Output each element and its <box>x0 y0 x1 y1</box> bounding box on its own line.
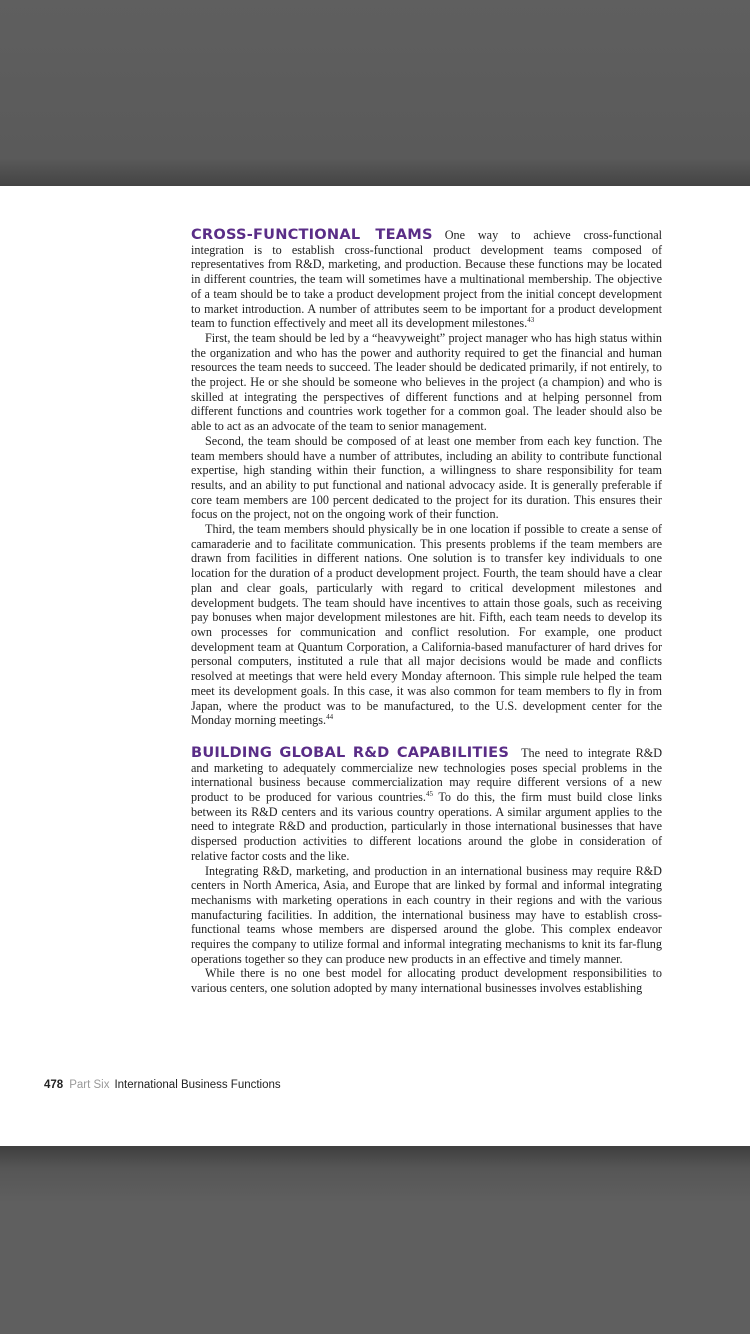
paragraph: Second, the team should be composed of a… <box>191 434 662 522</box>
section-heading: CROSS-FUNCTIONAL TEAMS <box>191 226 433 243</box>
paragraph: Third, the team members should physicall… <box>191 522 662 728</box>
paragraph: While there is no one best model for all… <box>191 966 662 995</box>
paragraph-text: One way to achieve cross-functional inte… <box>191 228 662 330</box>
paragraph: First, the team should be led by a “heav… <box>191 331 662 434</box>
viewer-background-top <box>0 0 750 186</box>
part-title: International Business Functions <box>114 1079 280 1091</box>
section-cross-functional-teams: CROSS-FUNCTIONAL TEAMSOne way to achieve… <box>191 228 662 728</box>
viewer-background-bottom <box>0 1146 750 1334</box>
section-building-global-rd: BUILDING GLOBAL R&D CAPABILITIESThe need… <box>191 746 662 996</box>
section-heading: BUILDING GLOBAL R&D CAPABILITIES <box>191 744 509 761</box>
footnote-ref[interactable]: 44 <box>326 713 333 721</box>
page-number: 478 <box>44 1079 63 1091</box>
page-footer: 478Part SixInternational Business Functi… <box>44 1079 281 1091</box>
footnote-ref[interactable]: 43 <box>527 316 534 324</box>
paragraph: Integrating R&D, marketing, and producti… <box>191 864 662 967</box>
part-label: Part Six <box>69 1079 109 1091</box>
book-page[interactable]: CROSS-FUNCTIONAL TEAMSOne way to achieve… <box>0 186 750 1146</box>
footnote-ref[interactable]: 45 <box>426 790 433 798</box>
paragraph: BUILDING GLOBAL R&D CAPABILITIESThe need… <box>191 746 662 864</box>
page-content: CROSS-FUNCTIONAL TEAMSOne way to achieve… <box>191 228 662 996</box>
paragraph: CROSS-FUNCTIONAL TEAMSOne way to achieve… <box>191 228 662 331</box>
paragraph-text: Third, the team members should physicall… <box>191 522 662 727</box>
